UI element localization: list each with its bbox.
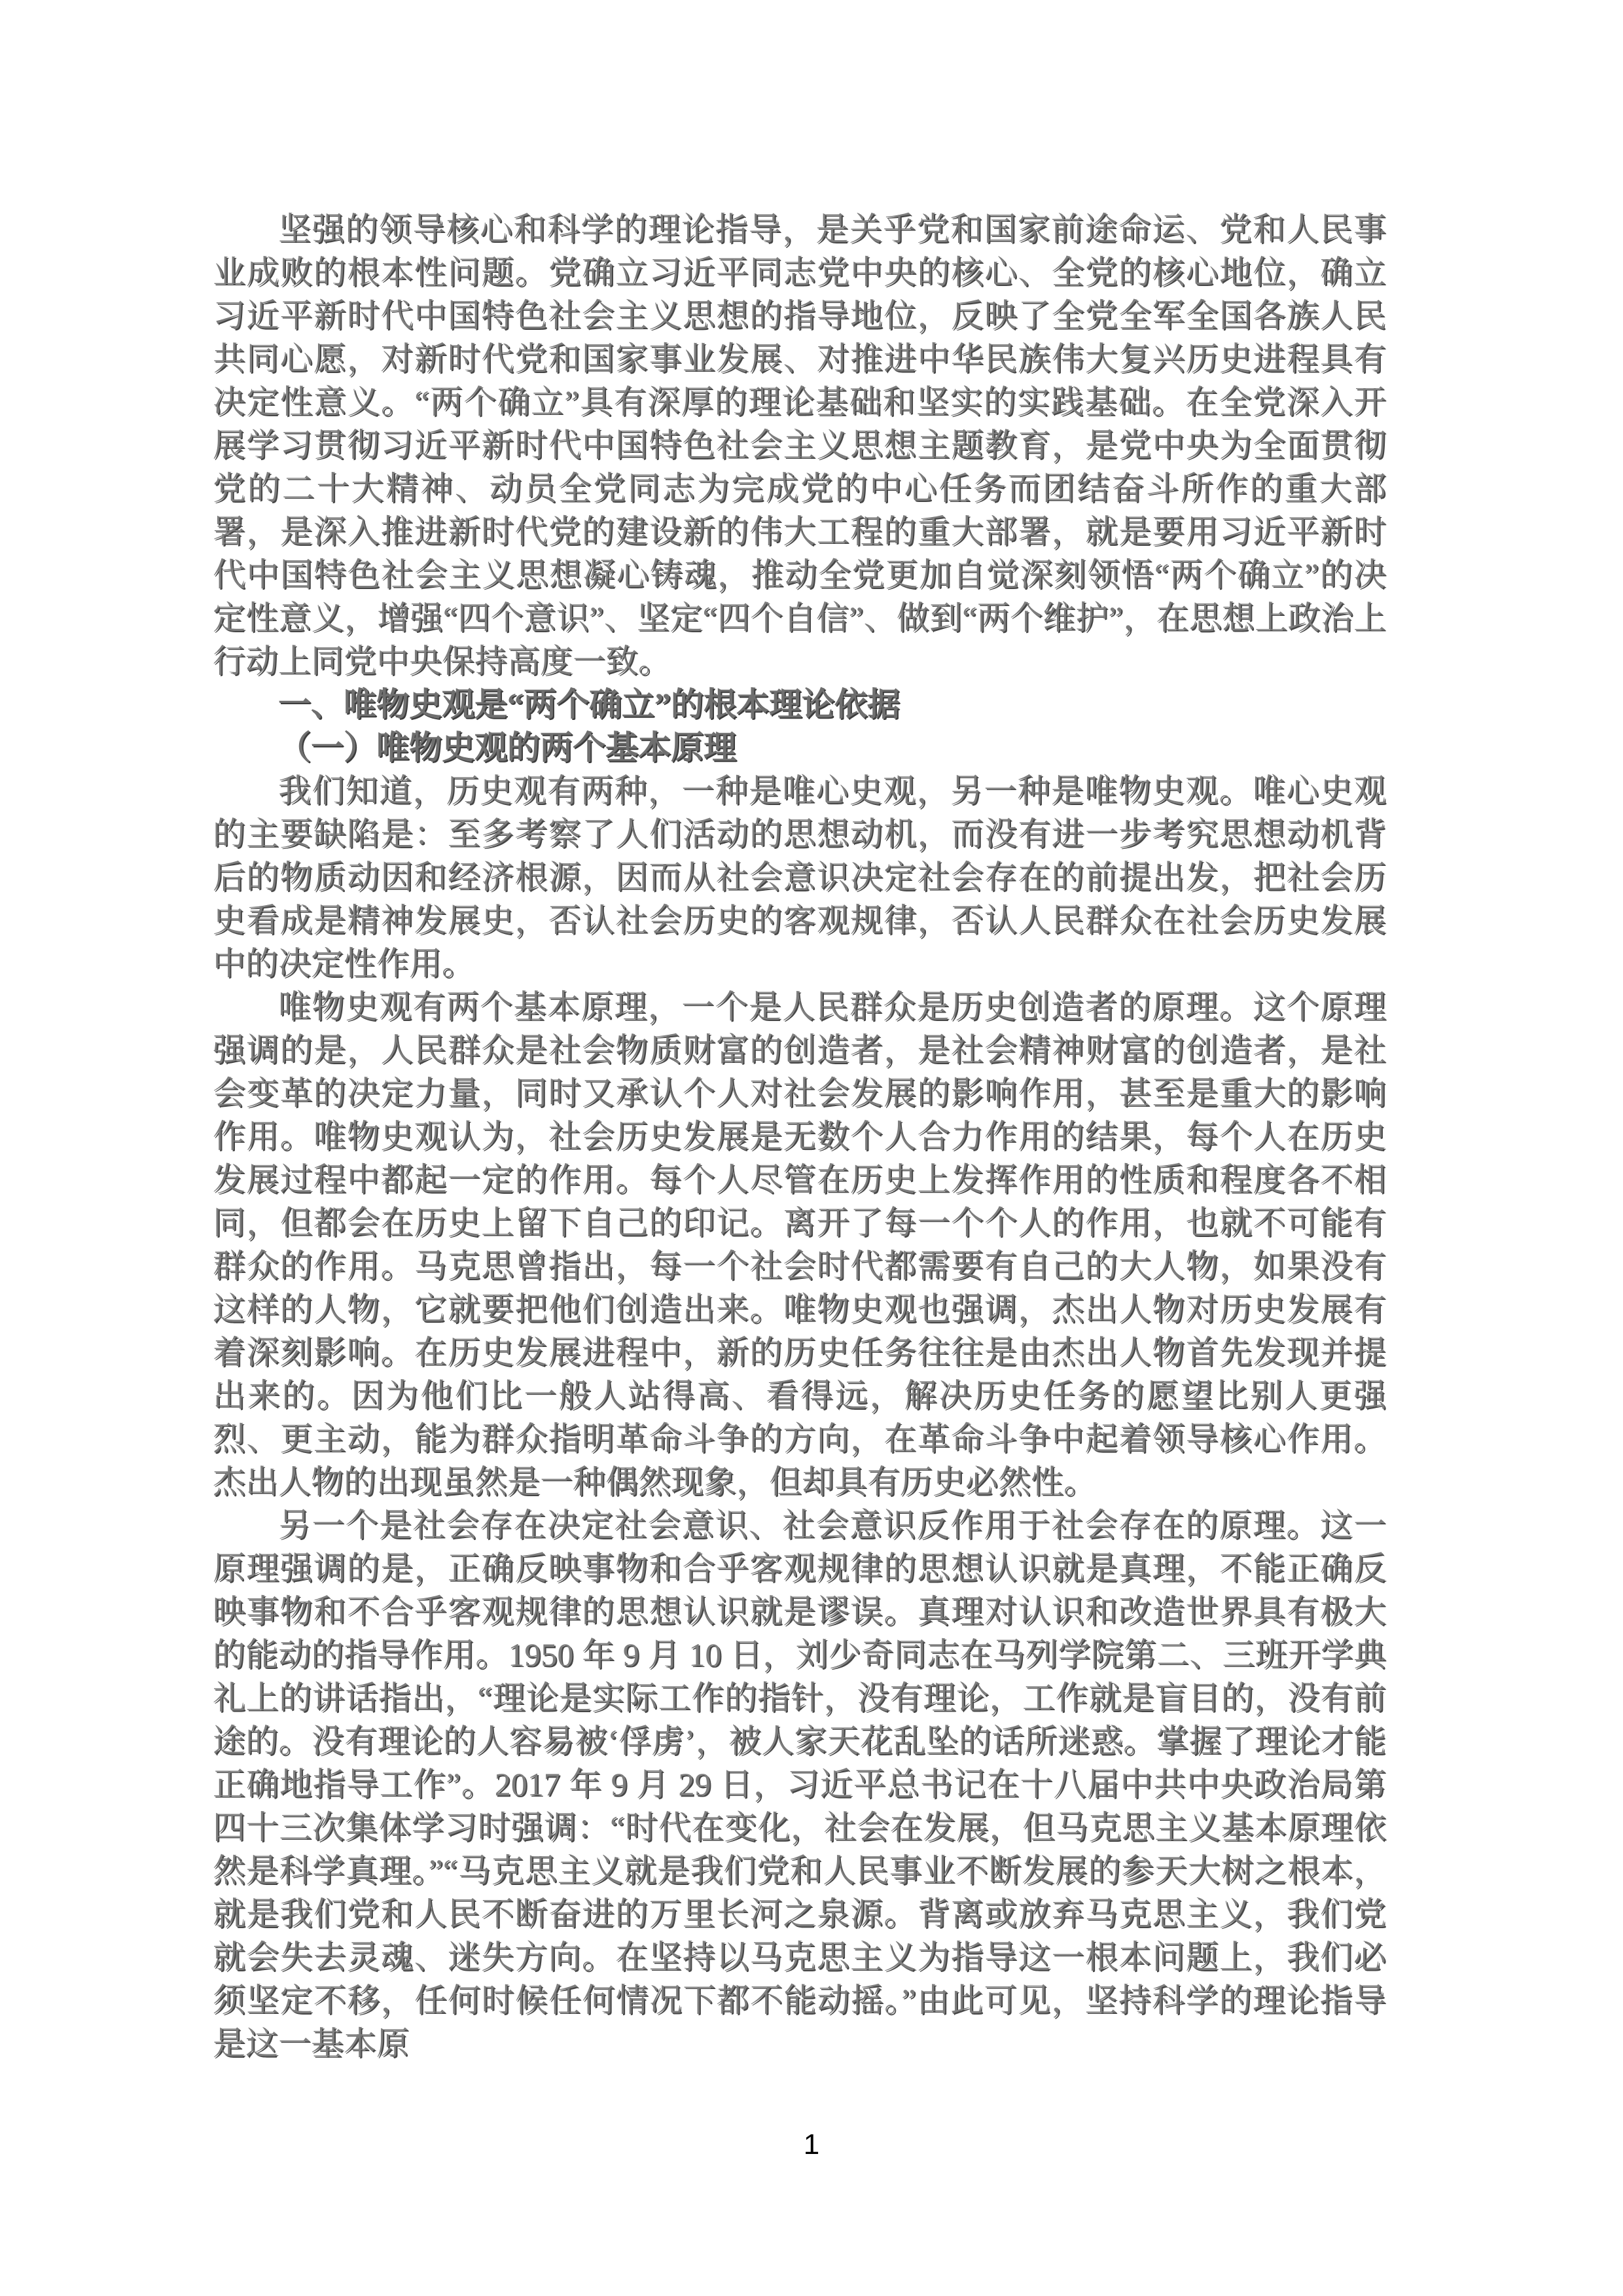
paragraph-first-principle: 唯物史观有两个基本原理，一个是人民群众是历史创造者的原理。这个原理强调的是，人民… bbox=[213, 985, 1386, 1503]
document-page: 坚强的领导核心和科学的理论指导，是关乎党和国家前途命运、党和人民事业成败的根本性… bbox=[0, 0, 1623, 2296]
paragraph-intro: 坚强的领导核心和科学的理论指导，是关乎党和国家前途命运、党和人民事业成败的根本性… bbox=[213, 207, 1386, 683]
paragraph-second-principle: 另一个是社会存在决定社会意识、社会意识反作用于社会存在的原理。这一原理强调的是，… bbox=[213, 1503, 1386, 2065]
section-heading-one: 一、唯物史观是“两个确立”的根本理论依据 bbox=[213, 683, 1386, 726]
page-number: 1 bbox=[0, 2129, 1623, 2161]
subsection-heading-one: （一）唯物史观的两个基本原理 bbox=[213, 726, 1386, 769]
document-body: 坚强的领导核心和科学的理论指导，是关乎党和国家前途命运、党和人民事业成败的根本性… bbox=[213, 207, 1386, 2065]
paragraph-historical-views: 我们知道，历史观有两种，一种是唯心史观，另一种是唯物史观。唯心史观的主要缺陷是：… bbox=[213, 769, 1386, 985]
